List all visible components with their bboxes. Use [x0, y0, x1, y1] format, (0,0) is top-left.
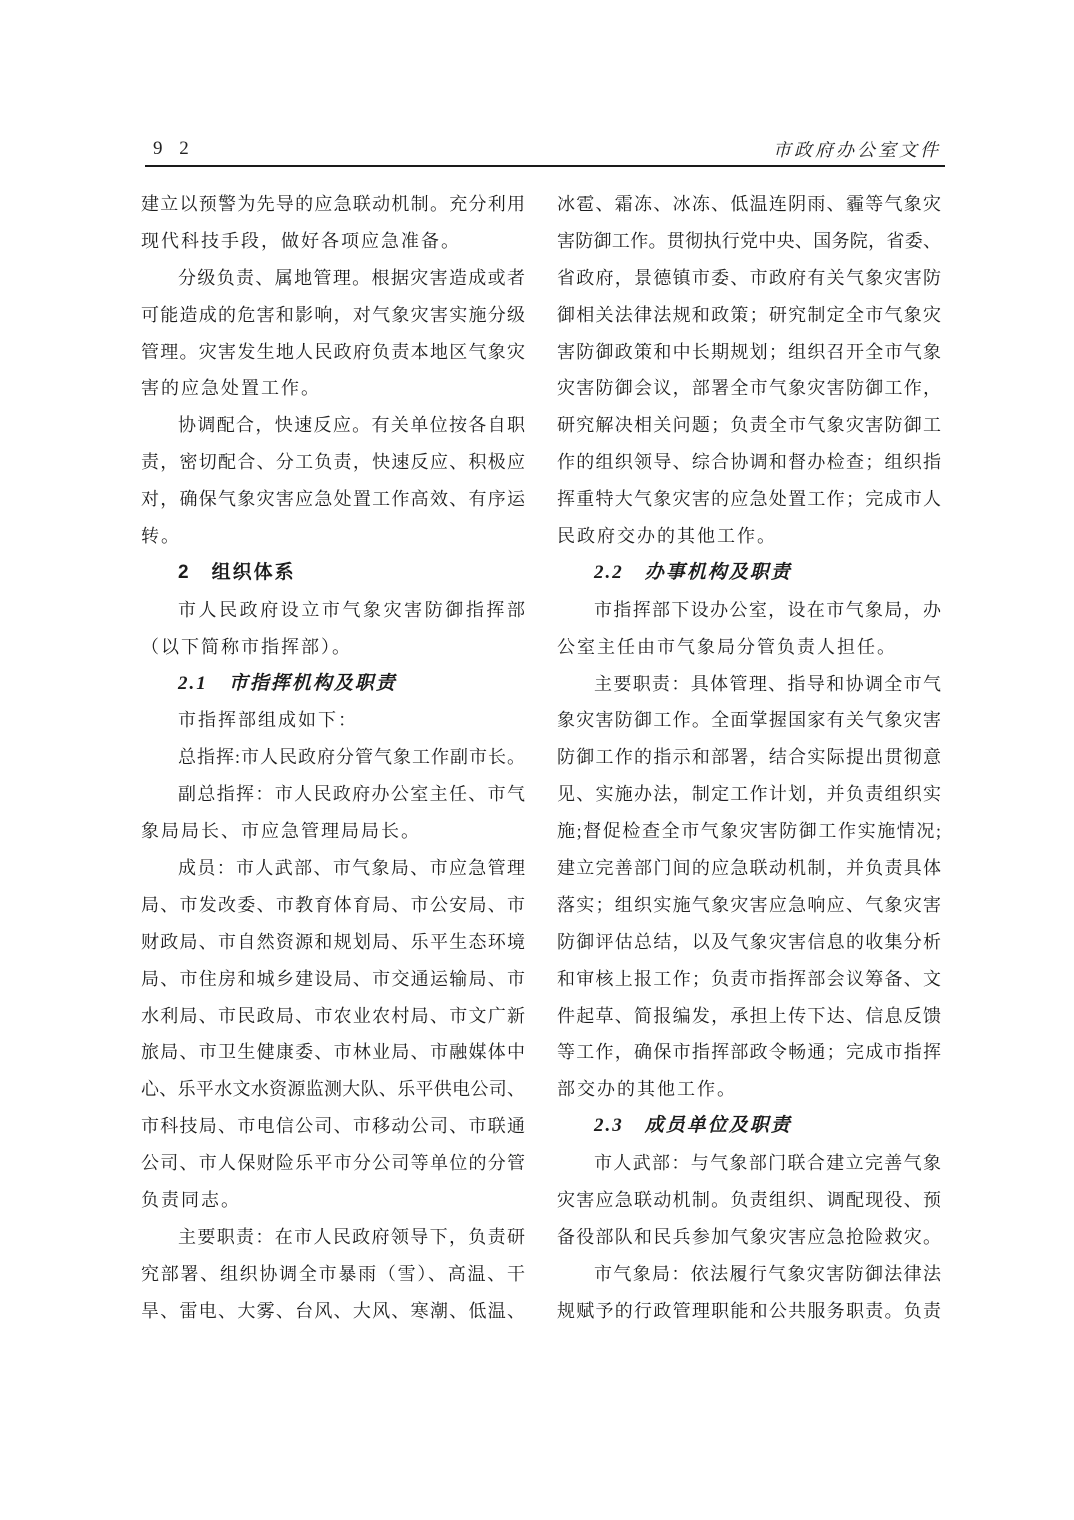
- text-line: 挥重特大气象灾害的应急处置工作；完成市人: [557, 481, 941, 518]
- text-line: 财政局、市自然资源和规划局、乐平生态环境: [141, 924, 525, 961]
- text-line: 局、市住房和城乡建设局、市交通运输局、市: [141, 961, 525, 998]
- text-line: 市指挥部下设办公室，设在市气象局，办: [557, 592, 941, 629]
- text-line: 旱、雷电、大雾、台风、大风、寒潮、低温、: [141, 1293, 525, 1330]
- text-line: 管理。灾害发生地人民政府负责本地区气象灾: [141, 334, 525, 371]
- text-line: 主要职责：具体管理、指导和协调全市气: [557, 666, 941, 703]
- text-line: 现代科技手段，做好各项应急准备。: [141, 223, 525, 260]
- text-line: 市人武部：与气象部门联合建立完善气象: [557, 1145, 941, 1182]
- text-line: 心、乐平水文水资源监测大队、乐平供电公司、: [141, 1071, 525, 1108]
- text-line: 灾害应急联动机制。负责组织、调配现役、预: [557, 1182, 941, 1219]
- text-line: 转。: [141, 518, 525, 555]
- text-column-left: 建立以预警为先导的应急联动机制。充分利用现代科技手段，做好各项应急准备。分级负责…: [141, 186, 525, 1330]
- text-line: 负责同志。: [141, 1182, 525, 1219]
- header-title: 市政府办公室文件: [773, 136, 941, 162]
- text-line: 水利局、市民政局、市农业农村局、市文广新: [141, 998, 525, 1035]
- text-line: 害防御工作。贯彻执行党中央、国务院，省委、: [557, 223, 941, 260]
- text-line: 公司、市人保财险乐平市分公司等单位的分管: [141, 1145, 525, 1182]
- header-divider: [145, 165, 945, 167]
- text-line: 对，确保气象灾害应急处置工作高效、有序运: [141, 481, 525, 518]
- section-heading: 2 组织体系: [141, 555, 525, 592]
- text-line: 见、实施办法，制定工作计划，并负责组织实: [557, 776, 941, 813]
- text-line: 部交办的其他工作。: [557, 1071, 941, 1108]
- text-line: 民政府交办的其他工作。: [557, 518, 941, 555]
- section-heading: 2.3 成员单位及职责: [557, 1108, 941, 1145]
- text-line: 究部署、组织协调全市暴雨（雪）、高温、干: [141, 1256, 525, 1293]
- text-line: 省政府，景德镇市委、市政府有关气象灾害防: [557, 260, 941, 297]
- text-line: （以下简称市指挥部）。: [141, 629, 525, 666]
- text-line: 协调配合，快速反应。有关单位按各自职: [141, 407, 525, 444]
- text-column-right: 冰雹、霜冻、冰冻、低温连阴雨、霾等气象灾害防御工作。贯彻执行党中央、国务院，省委…: [557, 186, 941, 1330]
- text-line: 总指挥:市人民政府分管气象工作副市长。: [141, 739, 525, 776]
- text-line: 市指挥部组成如下：: [141, 702, 525, 739]
- text-line: 作的组织领导、综合协调和督办检查；组织指: [557, 444, 941, 481]
- text-line: 件起草、简报编发，承担上传下达、信息反馈: [557, 998, 941, 1035]
- document-page: 9 2 市政府办公室文件 建立以预警为先导的应急联动机制。充分利用现代科技手段，…: [0, 0, 1074, 1520]
- text-line: 主要职责：在市人民政府领导下，负责研: [141, 1219, 525, 1256]
- text-line: 建立完善部门间的应急联动机制，并负责具体: [557, 850, 941, 887]
- text-line: 害防御政策和中长期规划；组织召开全市气象: [557, 334, 941, 371]
- text-line: 和审核上报工作；负责市指挥部会议筹备、文: [557, 961, 941, 998]
- section-heading: 2.2 办事机构及职责: [557, 555, 941, 592]
- text-line: 成员：市人武部、市气象局、市应急管理: [141, 850, 525, 887]
- text-line: 可能造成的危害和影响，对气象灾害实施分级: [141, 297, 525, 334]
- section-heading: 2.1 市指挥机构及职责: [141, 666, 525, 703]
- text-line: 防御评估总结，以及气象灾害信息的收集分析: [557, 924, 941, 961]
- text-line: 旅局、市卫生健康委、市林业局、市融媒体中: [141, 1034, 525, 1071]
- text-line: 灾害防御会议，部署全市气象灾害防御工作，: [557, 370, 941, 407]
- text-line: 局、市发改委、市教育体育局、市公安局、市: [141, 887, 525, 924]
- text-line: 规赋予的行政管理职能和公共服务职责。负责: [557, 1293, 941, 1330]
- text-line: 害的应急处置工作。: [141, 370, 525, 407]
- text-line: 副总指挥：市人民政府办公室主任、市气: [141, 776, 525, 813]
- text-line: 等工作，确保市指挥部政令畅通；完成市指挥: [557, 1034, 941, 1071]
- text-line: 建立以预警为先导的应急联动机制。充分利用: [141, 186, 525, 223]
- text-line: 市人民政府设立市气象灾害防御指挥部: [141, 592, 525, 629]
- text-line: 研究解决相关问题；负责全市气象灾害防御工: [557, 407, 941, 444]
- text-line: 象灾害防御工作。全面掌握国家有关气象灾害: [557, 702, 941, 739]
- text-line: 防御工作的指示和部署，结合实际提出贯彻意: [557, 739, 941, 776]
- text-line: 公室主任由市气象局分管负责人担任。: [557, 629, 941, 666]
- text-line: 冰雹、霜冻、冰冻、低温连阴雨、霾等气象灾: [557, 186, 941, 223]
- text-line: 备役部队和民兵参加气象灾害应急抢险救灾。: [557, 1219, 941, 1256]
- text-line: 分级负责、属地管理。根据灾害造成或者: [141, 260, 525, 297]
- text-line: 御相关法律法规和政策；研究制定全市气象灾: [557, 297, 941, 334]
- text-line: 市科技局、市电信公司、市移动公司、市联通: [141, 1108, 525, 1145]
- text-line: 责，密切配合、分工负责，快速反应、积极应: [141, 444, 525, 481]
- text-line: 落实；组织实施气象灾害应急响应、气象灾害: [557, 887, 941, 924]
- text-line: 施;督促检查全市气象灾害防御工作实施情况;: [557, 813, 941, 850]
- text-line: 象局局长、市应急管理局局长。: [141, 813, 525, 850]
- text-line: 市气象局：依法履行气象灾害防御法律法: [557, 1256, 941, 1293]
- page-number: 9 2: [153, 138, 195, 160]
